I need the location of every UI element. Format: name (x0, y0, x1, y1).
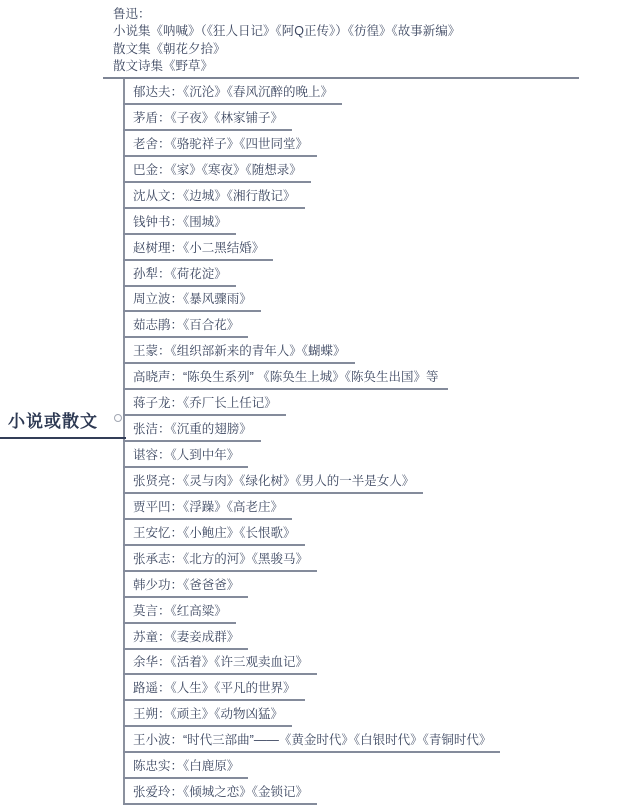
topic-luxun-line: 小说集《呐喊》（《狂人日记》《阿Q正传》）《彷徨》《故事新编》 (113, 23, 460, 40)
topic-luxun[interactable]: 鲁迅：小说集《呐喊》（《狂人日记》《阿Q正传》）《彷徨》《故事新编》散文集《朝花… (113, 6, 460, 76)
branch-topic[interactable]: 茹志鹃：《百合花》 (123, 315, 248, 338)
mindmap-canvas: 小说或散文 鲁迅：小说集《呐喊》（《狂人日记》《阿Q正传》）《彷徨》《故事新编》… (0, 0, 619, 806)
branch-topic[interactable]: 张爱玲：《倾城之恋》《金锁记》 (123, 782, 317, 805)
collapse-toggle-icon[interactable] (114, 414, 122, 422)
branch-topic[interactable]: 贾平凹：《浮躁》《高老庄》 (123, 497, 292, 520)
branch-topic[interactable]: 王朔：《顽主》《动物凶猛》 (123, 704, 292, 727)
topic-luxun-line: 鲁迅： (113, 6, 460, 23)
branch-topic[interactable]: 王小波：“时代三部曲”——《黄金时代》《白银时代》《青铜时代》 (123, 730, 500, 753)
branch-topic[interactable]: 苏童：《妻妾成群》 (123, 627, 248, 650)
branch-topic[interactable]: 王蒙：《组织部新来的青年人》《蝴蝶》 (123, 341, 355, 364)
branch-topic[interactable]: 余华：《活着》《许三观卖血记》 (123, 652, 317, 675)
topic-luxun-line: 散文诗集《野草》 (113, 58, 460, 75)
branch-topic[interactable]: 巴金：《家》《寒夜》《随想录》 (123, 160, 311, 183)
branch-topic[interactable]: 孙犁：《荷花淀》 (123, 264, 236, 287)
branch-topic[interactable]: 老舍：《骆驼祥子》《四世同堂》 (123, 134, 317, 157)
branch-topic[interactable]: 王安忆：《小鲍庄》《长恨歌》 (123, 523, 305, 546)
branch-topic[interactable]: 张贤亮：《灵与肉》《绿化树》《男人的一半是女人》 (123, 471, 423, 494)
branch-topic[interactable]: 周立波：《暴风骤雨》 (123, 289, 261, 312)
branch-topic[interactable]: 路遥：《人生》《平凡的世界》 (123, 678, 305, 701)
luxun-branch-line (103, 77, 579, 79)
branch-topic[interactable]: 莫言：《红高粱》 (123, 601, 236, 624)
topic-luxun-line: 散文集《朝花夕拾》 (113, 41, 460, 58)
branch-topic[interactable]: 蒋子龙：《乔厂长上任记》 (123, 393, 286, 416)
root-topic[interactable]: 小说或散文 (8, 407, 98, 432)
branch-topic[interactable]: 陈忠实：《白鹿原》 (123, 756, 248, 779)
branch-topic[interactable]: 张承志：《北方的河》《黑骏马》 (123, 549, 317, 572)
branch-topic[interactable]: 韩少功：《爸爸爸》 (123, 575, 248, 598)
branch-topic[interactable]: 张洁：《沉重的翅膀》 (123, 419, 261, 442)
branch-topic[interactable]: 茅盾：《子夜》《林家铺子》 (123, 108, 292, 131)
branch-topic[interactable]: 沈从文：《边城》《湘行散记》 (123, 186, 305, 209)
branch-topic[interactable]: 郁达夫：《沉沦》《春风沉醉的晚上》 (123, 82, 342, 105)
root-branch-line (0, 437, 126, 439)
branch-topic[interactable]: 高晓声：“陈奂生系列” 《陈奂生上城》《陈奂生出国》等 (123, 367, 448, 390)
branch-topic[interactable]: 钱钟书：《围城》 (123, 212, 236, 235)
branch-topic[interactable]: 赵树理：《小二黑结婚》 (123, 238, 273, 261)
branch-topic[interactable]: 谌容：《人到中年》 (123, 445, 248, 468)
